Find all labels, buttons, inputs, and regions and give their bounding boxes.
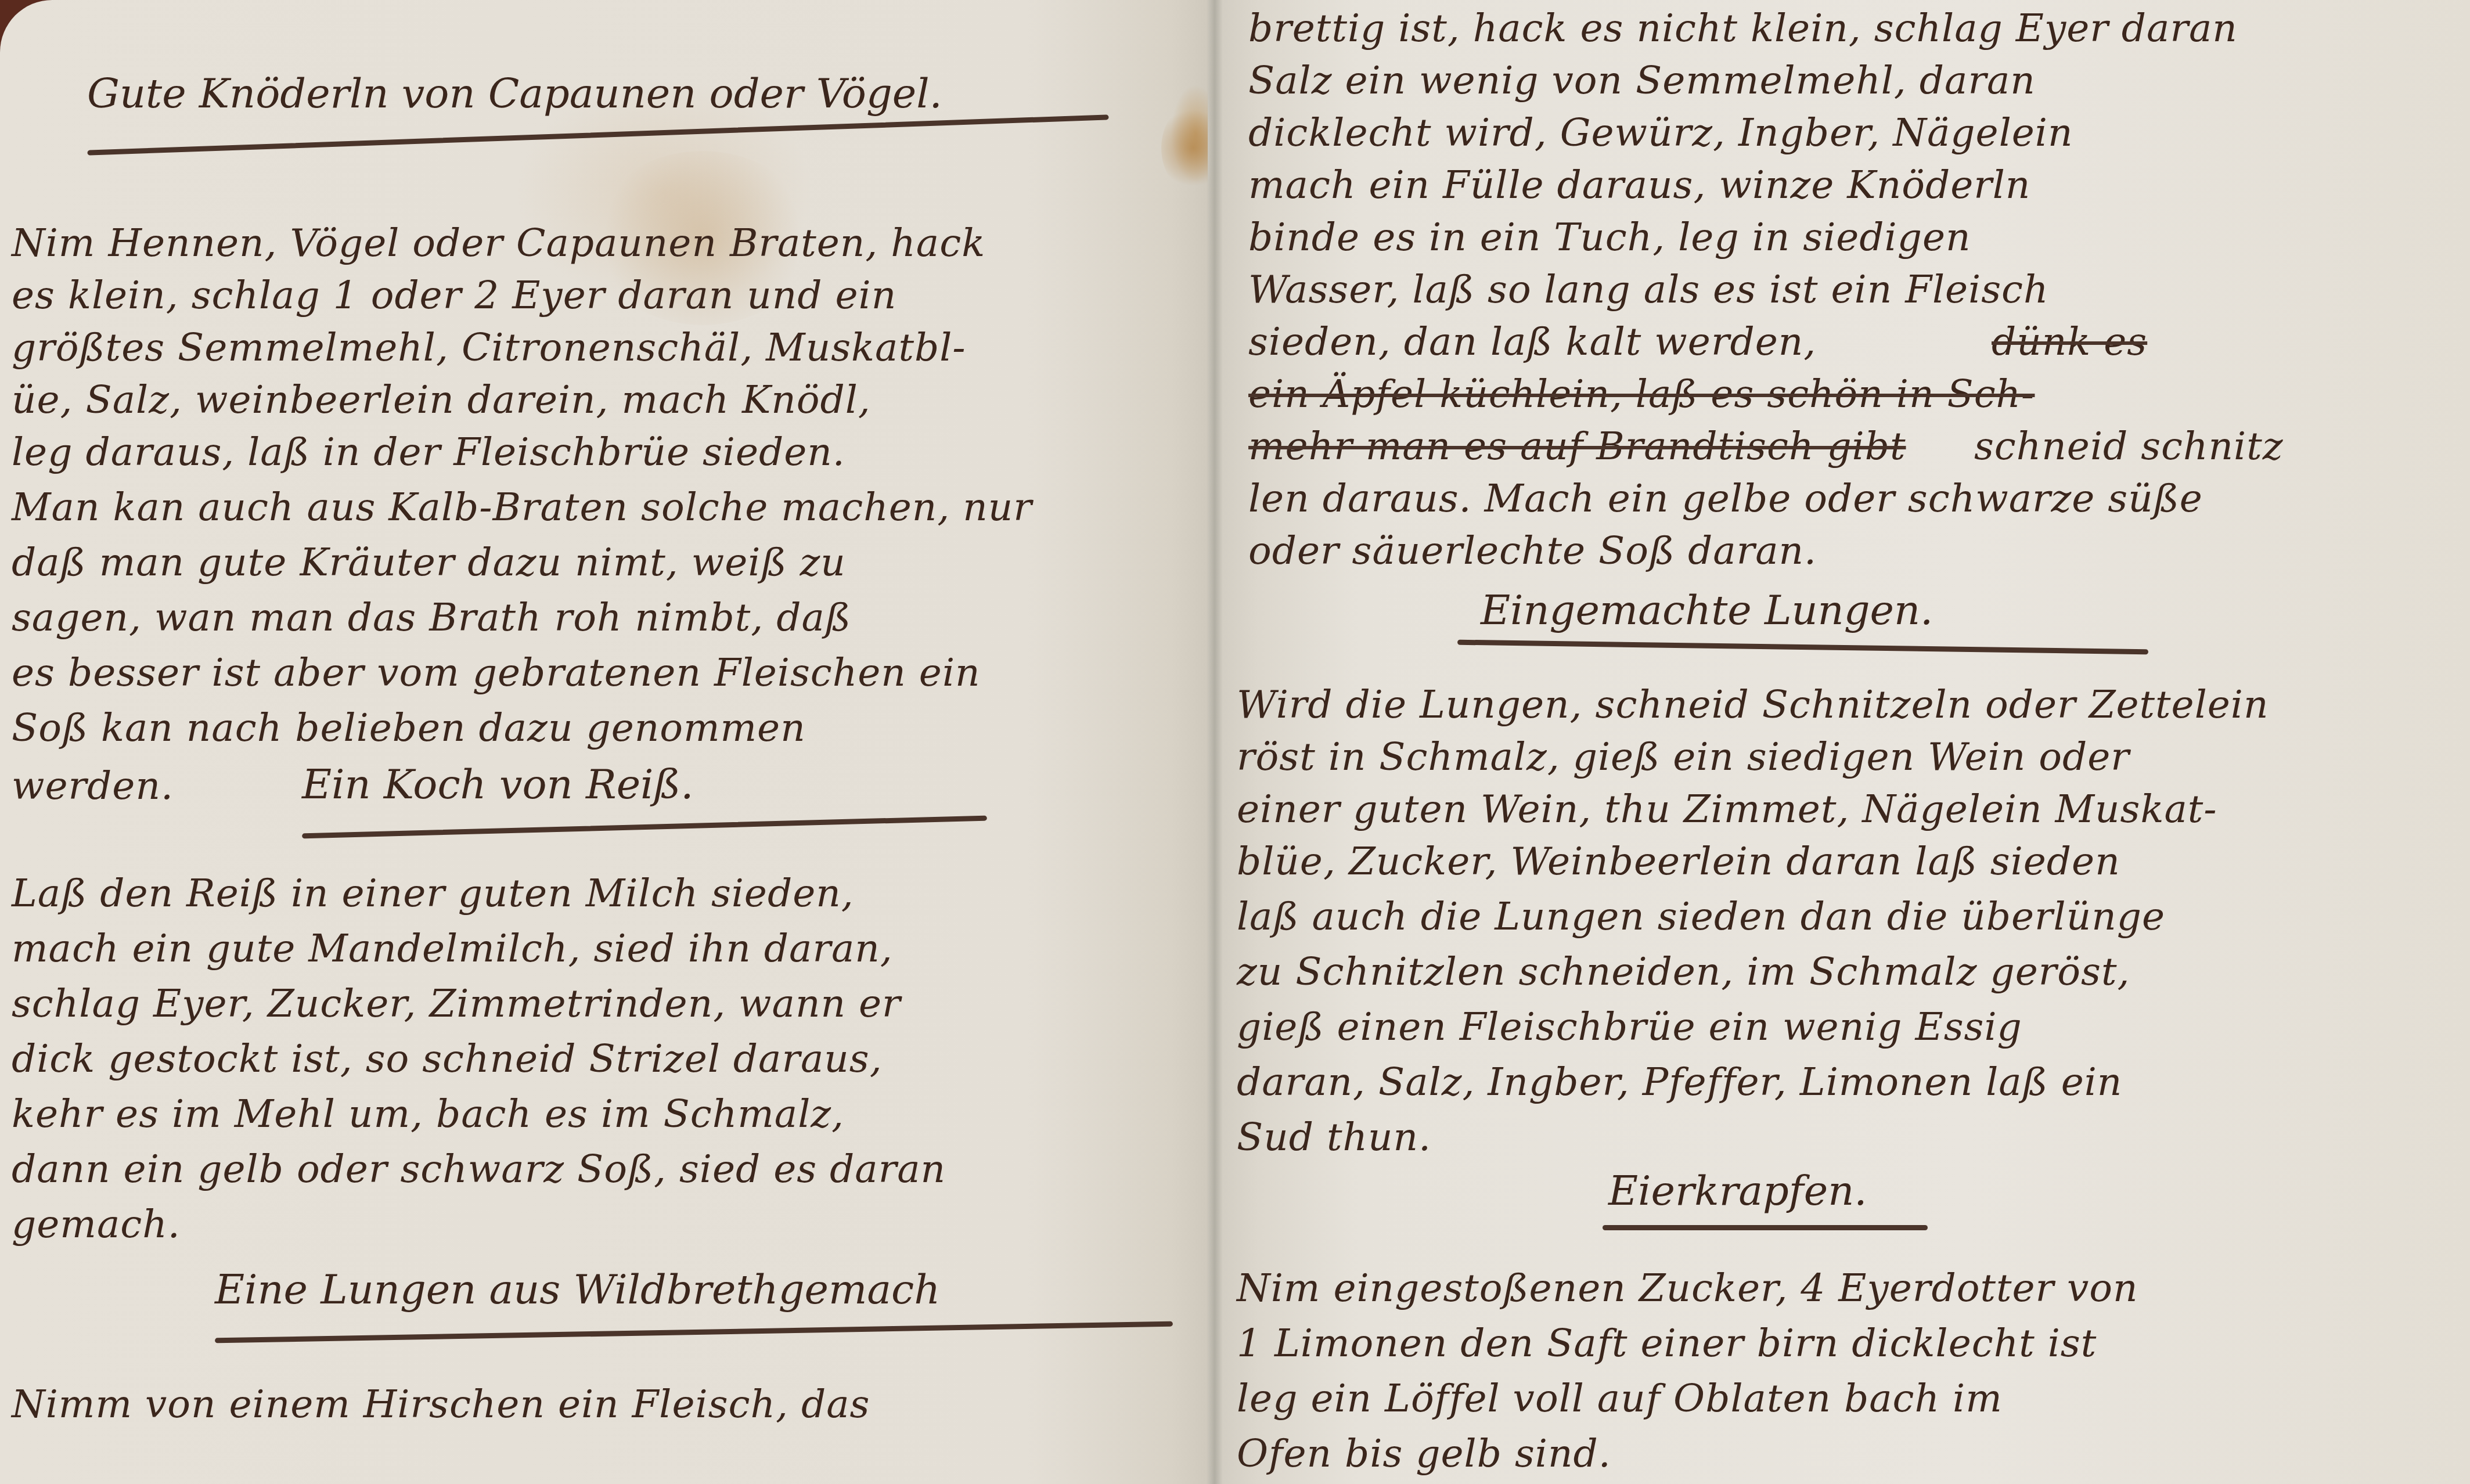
text-line: Nim eingestoßenen Zucker, 4 Eyerdotter v… [1237,1266,2138,1310]
text-line: daß man gute Kräuter dazu nimt, weiß zu [12,540,846,585]
text-line: werden. [12,763,174,808]
text-line: laß auch die Lungen sieden dan die überl… [1237,894,2165,939]
text-line: sieden, dan laß kalt werden, [1248,319,1816,364]
struck-text: ein Äpfel küchlein, laß es schön in Sch- [1248,372,2035,416]
text-line: einer guten Wein, thu Zimmet, Nägelein M… [1237,787,2217,831]
title-underline [87,114,1108,155]
text-line: üe, Salz, weinbeerlein darein, mach Knöd… [12,377,871,422]
text-line: Man kan auch aus Kalb-Braten solche mach… [12,485,1032,530]
text-line: dann ein gelb oder schwarz Soß, sied es … [12,1147,946,1191]
right-page: brettig ist, hack es nicht klein, schlag… [1208,0,2470,1484]
text-line: daran, Salz, Ingber, Pfeffer, Limonen la… [1237,1060,2122,1104]
text-line: Soß kan nach belieben dazu genommen [12,705,806,750]
recipe-title: Eingemachte Lungen. [1481,586,1933,634]
text-line: leg ein Löffel voll auf Oblaten bach im [1237,1376,2003,1421]
text-line: Nimm von einem Hirschen ein Fleisch, das [12,1382,870,1427]
text-line: 1 Limonen den Saft einer birn dicklecht … [1237,1321,2097,1366]
text-line: es besser ist aber vom gebratenen Fleisc… [12,650,981,695]
text-line: Salz ein wenig von Semmelmehl, daran [1248,58,2036,103]
title-underline [302,816,987,839]
recipe-title: Eierkrapfen. [1608,1167,1867,1215]
recipe-title: Gute Knöderln von Capaunen oder Vögel. [87,70,942,117]
text-line: Nim Hennen, Vögel oder Capaunen Braten, … [12,221,985,265]
recipe-title: Eine Lungen aus Wildbrethgemach [215,1266,940,1313]
text-line: len daraus. Mach ein gelbe oder schwarze… [1248,476,2203,521]
text-line: mach ein Fülle daraus, winze Knöderln [1248,163,2030,207]
text-line: schlag Eyer, Zucker, Zimmetrinden, wann … [12,981,901,1026]
text-line: zu Schnitzlen schneiden, im Schmalz gerö… [1237,949,2130,994]
text-line: Sud thun. [1237,1115,1431,1159]
text-line: dick gestockt ist, so schneid Strizel da… [12,1036,883,1081]
text-line: röst in Schmalz, gieß ein siedigen Wein … [1237,734,2130,779]
text-line: oder säuerlechte Soß daran. [1248,528,1817,573]
manuscript-spread: Gute Knöderln von Capaunen oder Vögel. N… [0,0,2470,1484]
title-underline [1457,640,2148,655]
left-page: Gute Knöderln von Capaunen oder Vögel. N… [0,0,1208,1484]
text-line: brettig ist, hack es nicht klein, schlag… [1248,6,2238,51]
text-line: schneid schnitz [1974,424,2284,469]
text-line: größtes Semmelmehl, Citronenschäl, Muska… [12,325,966,370]
text-line: mach ein gute Mandelmilch, sied ihn dara… [12,926,893,971]
recipe-title: Ein Koch von Reiß. [302,761,693,808]
text-line: gemach. [12,1202,181,1247]
book-gutter [1207,0,1223,1484]
text-line: gieß einen Fleischbrüe ein wenig Essig [1237,1004,2022,1049]
struck-text: mehr man es auf Brandtisch gibt [1248,424,1906,469]
text-line: binde es in ein Tuch, leg in siedigen [1248,215,1971,260]
text-line: blüe, Zucker, Weinbeerlein daran laß sie… [1237,839,2120,884]
text-line: es klein, schlag 1 oder 2 Eyer daran und… [12,273,896,318]
struck-text: dünk es [1992,319,2147,364]
text-line: Wird die Lungen, schneid Schnitzeln oder… [1237,682,2269,727]
text-line: kehr es im Mehl um, bach es im Schmalz, [12,1092,844,1136]
text-line: leg daraus, laß in der Fleischbrüe siede… [12,430,845,474]
title-underline [215,1321,1173,1343]
title-underline [1603,1225,1928,1230]
text-line: sagen, wan man das Brath roh nimbt, daß [12,595,851,640]
text-line: Wasser, laß so lang als es ist ein Fleis… [1248,267,2049,312]
text-line: Laß den Reiß in einer guten Milch sieden… [12,871,854,916]
text-line: dicklecht wird, Gewürz, Ingber, Nägelein [1248,110,2073,155]
text-line: Ofen bis gelb sind. [1237,1431,1611,1476]
